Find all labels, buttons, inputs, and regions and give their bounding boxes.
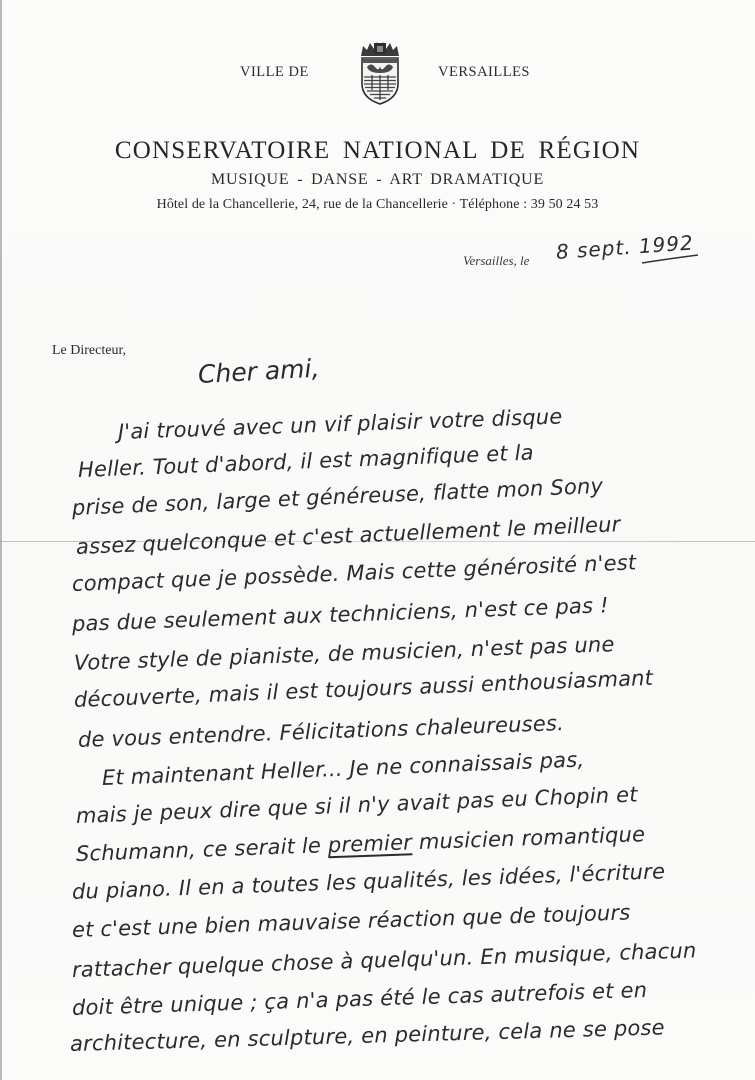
letter-line: Schumann, ce serait le premier musicien … bbox=[76, 822, 646, 866]
letter-line: architecture, en sculpture, en peinture,… bbox=[70, 1015, 665, 1056]
letter-page: VILLE DE VERSAILLES CONSERVATOIRE NATION… bbox=[0, 0, 755, 1080]
institution-address: Hôtel de la Chancellerie, 24, rue de la … bbox=[0, 197, 755, 213]
letterhead-ville: VILLE DE bbox=[240, 64, 309, 81]
letter-line: découverte, mais il est toujours aussi e… bbox=[74, 666, 654, 712]
letter-line-head: Schumann, ce serait le bbox=[76, 833, 322, 866]
letter-line: J'ai trouvé avec un vif plaisir votre di… bbox=[118, 404, 563, 444]
letter-line: pas due seulement aux techniciens, n'est… bbox=[72, 593, 609, 636]
letter-line: Et maintenant Heller... Je ne connaissai… bbox=[102, 747, 585, 790]
letter-line: rattacher quelque chose à quelqu'un. En … bbox=[72, 938, 697, 982]
letter-line: doit être unique ; ça n'a pas été le cas… bbox=[72, 978, 648, 1020]
letter-line: Votre style de pianiste, de musicien, n'… bbox=[74, 632, 615, 675]
coat-of-arms-icon bbox=[357, 40, 403, 106]
institution-subtitle: MUSIQUE - DANSE - ART DRAMATIQUE bbox=[0, 171, 755, 189]
dateline-printed: Versailles, le bbox=[463, 253, 529, 269]
sender-title: Le Directeur, bbox=[52, 343, 126, 359]
salutation: Cher ami, bbox=[197, 354, 320, 389]
letter-line: Heller. Tout d'abord, il est magnifique … bbox=[78, 441, 535, 482]
letterhead-versailles: VERSAILLES bbox=[438, 64, 530, 81]
letter-line: et c'est une bien mauvaise réaction que … bbox=[72, 900, 631, 942]
letter-line-tail: musicien romantique bbox=[418, 822, 645, 854]
letter-line: mais je peux dire que si il n'y avait pa… bbox=[76, 782, 639, 828]
letter-line: du piano. Il en a toutes les qualités, l… bbox=[72, 859, 666, 904]
date-flourish bbox=[640, 254, 700, 266]
letter-line: prise de son, large et généreuse, flatte… bbox=[71, 474, 603, 520]
underlined-word: premier bbox=[328, 830, 413, 857]
institution-title: CONSERVATOIRE NATIONAL DE RÉGION bbox=[0, 137, 755, 165]
letter-line: de vous entendre. Félicitations chaleure… bbox=[78, 711, 565, 752]
letter-line: compact que je possède. Mais cette génér… bbox=[72, 550, 637, 596]
letter-line: assez quelconque et c'est actuellement l… bbox=[75, 512, 620, 559]
